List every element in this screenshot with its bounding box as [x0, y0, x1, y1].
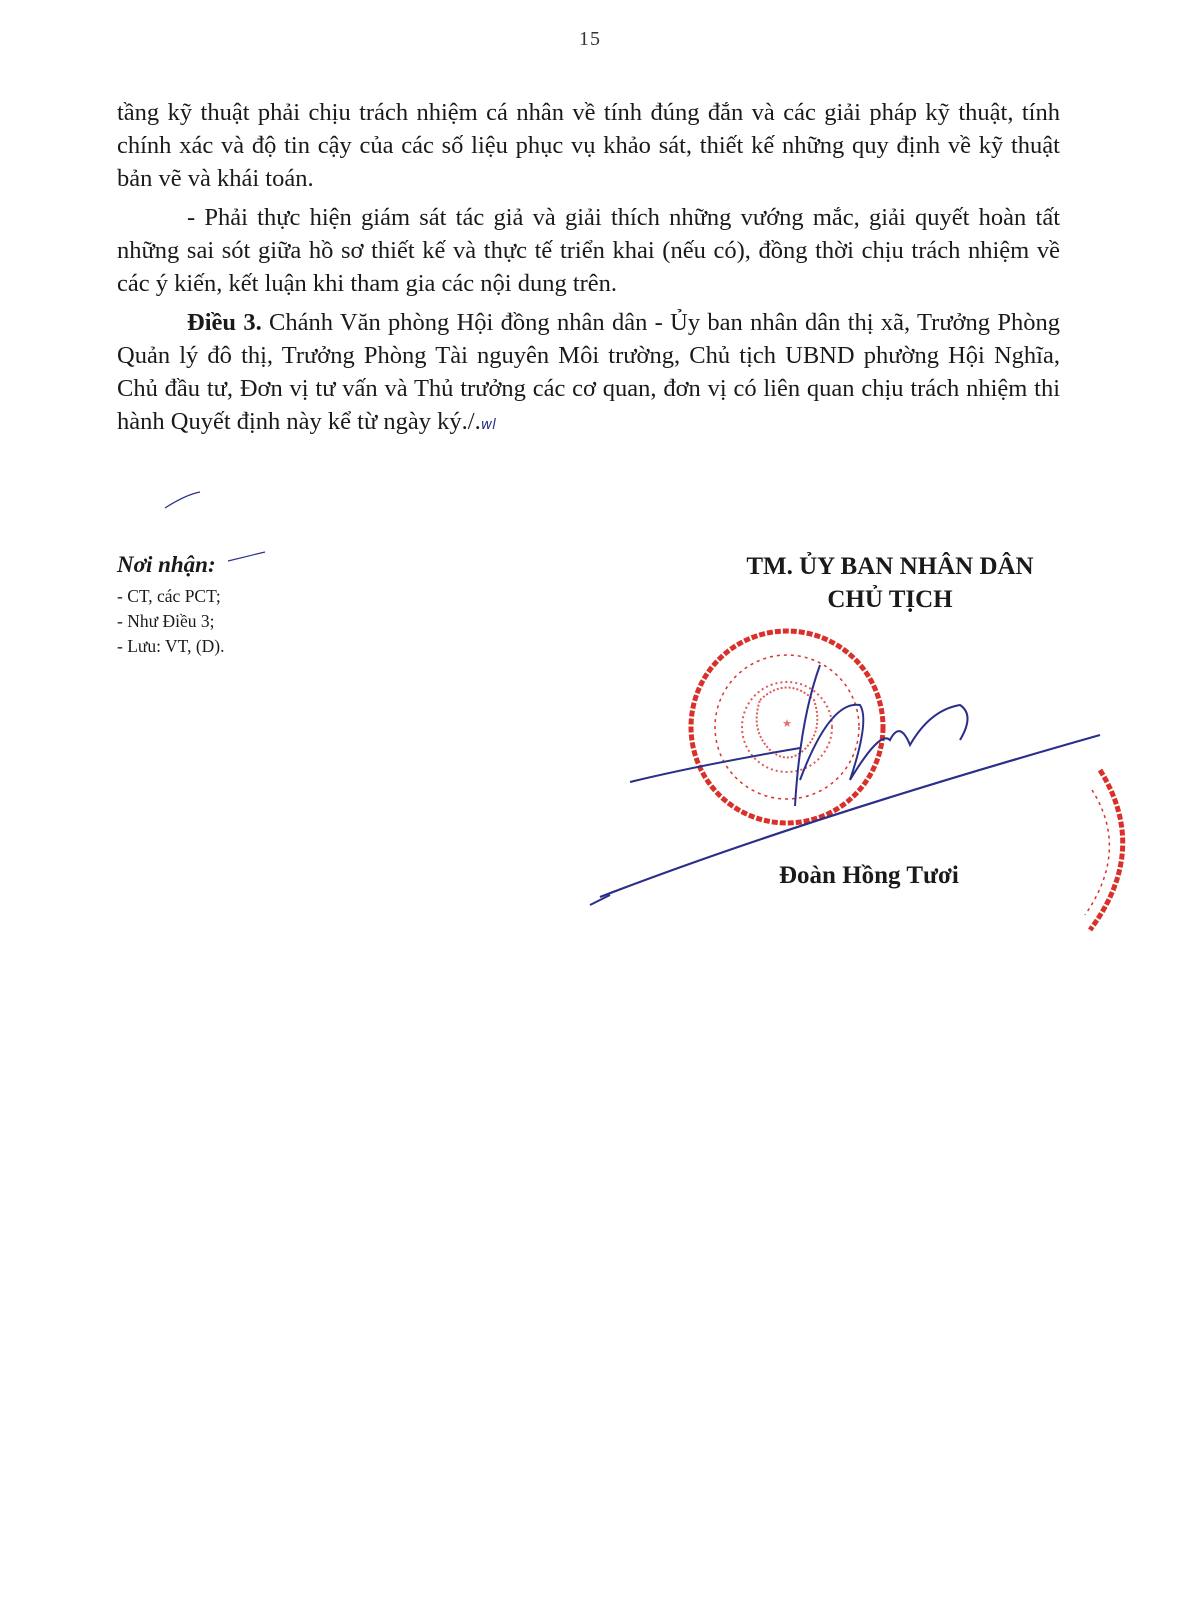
partial-seal-icon	[1085, 770, 1123, 930]
official-seal-icon: ★	[691, 631, 883, 823]
recipients-title: Nơi nhận:	[117, 552, 225, 578]
paragraph-technical-responsibility: tầng kỹ thuật phải chịu trách nhiệm cá n…	[117, 96, 1060, 195]
paragraph-article-3: Điều 3. Chánh Văn phòng Hội đồng nhân dâ…	[117, 306, 1060, 442]
svg-text:★: ★	[782, 717, 792, 730]
handwritten-initial: wl	[481, 417, 496, 433]
page-number: 15	[0, 28, 1180, 51]
signatory-name: Đoàn Hồng Tươi	[779, 862, 959, 890]
document-body: tầng kỹ thuật phải chịu trách nhiệm cá n…	[117, 96, 1060, 442]
paragraph-supervision: - Phải thực hiện giám sát tác giả và giả…	[117, 201, 1060, 300]
signatory-org: TM. ỦY BAN NHÂN DÂN	[690, 550, 1090, 583]
recipient-item: - CT, các PCT;	[117, 584, 225, 609]
recipient-item: - Như Điều 3;	[117, 609, 225, 634]
article-3-heading: Điều 3.	[187, 309, 262, 336]
recipients-block: Nơi nhận: - CT, các PCT; - Như Điều 3; -…	[117, 552, 225, 659]
signature-block: TM. ỦY BAN NHÂN DÂN CHỦ TỊCH	[690, 550, 1090, 616]
recipient-item: - Lưu: VT, (D).	[117, 634, 225, 659]
signatory-title: CHỦ TỊCH	[690, 583, 1090, 616]
